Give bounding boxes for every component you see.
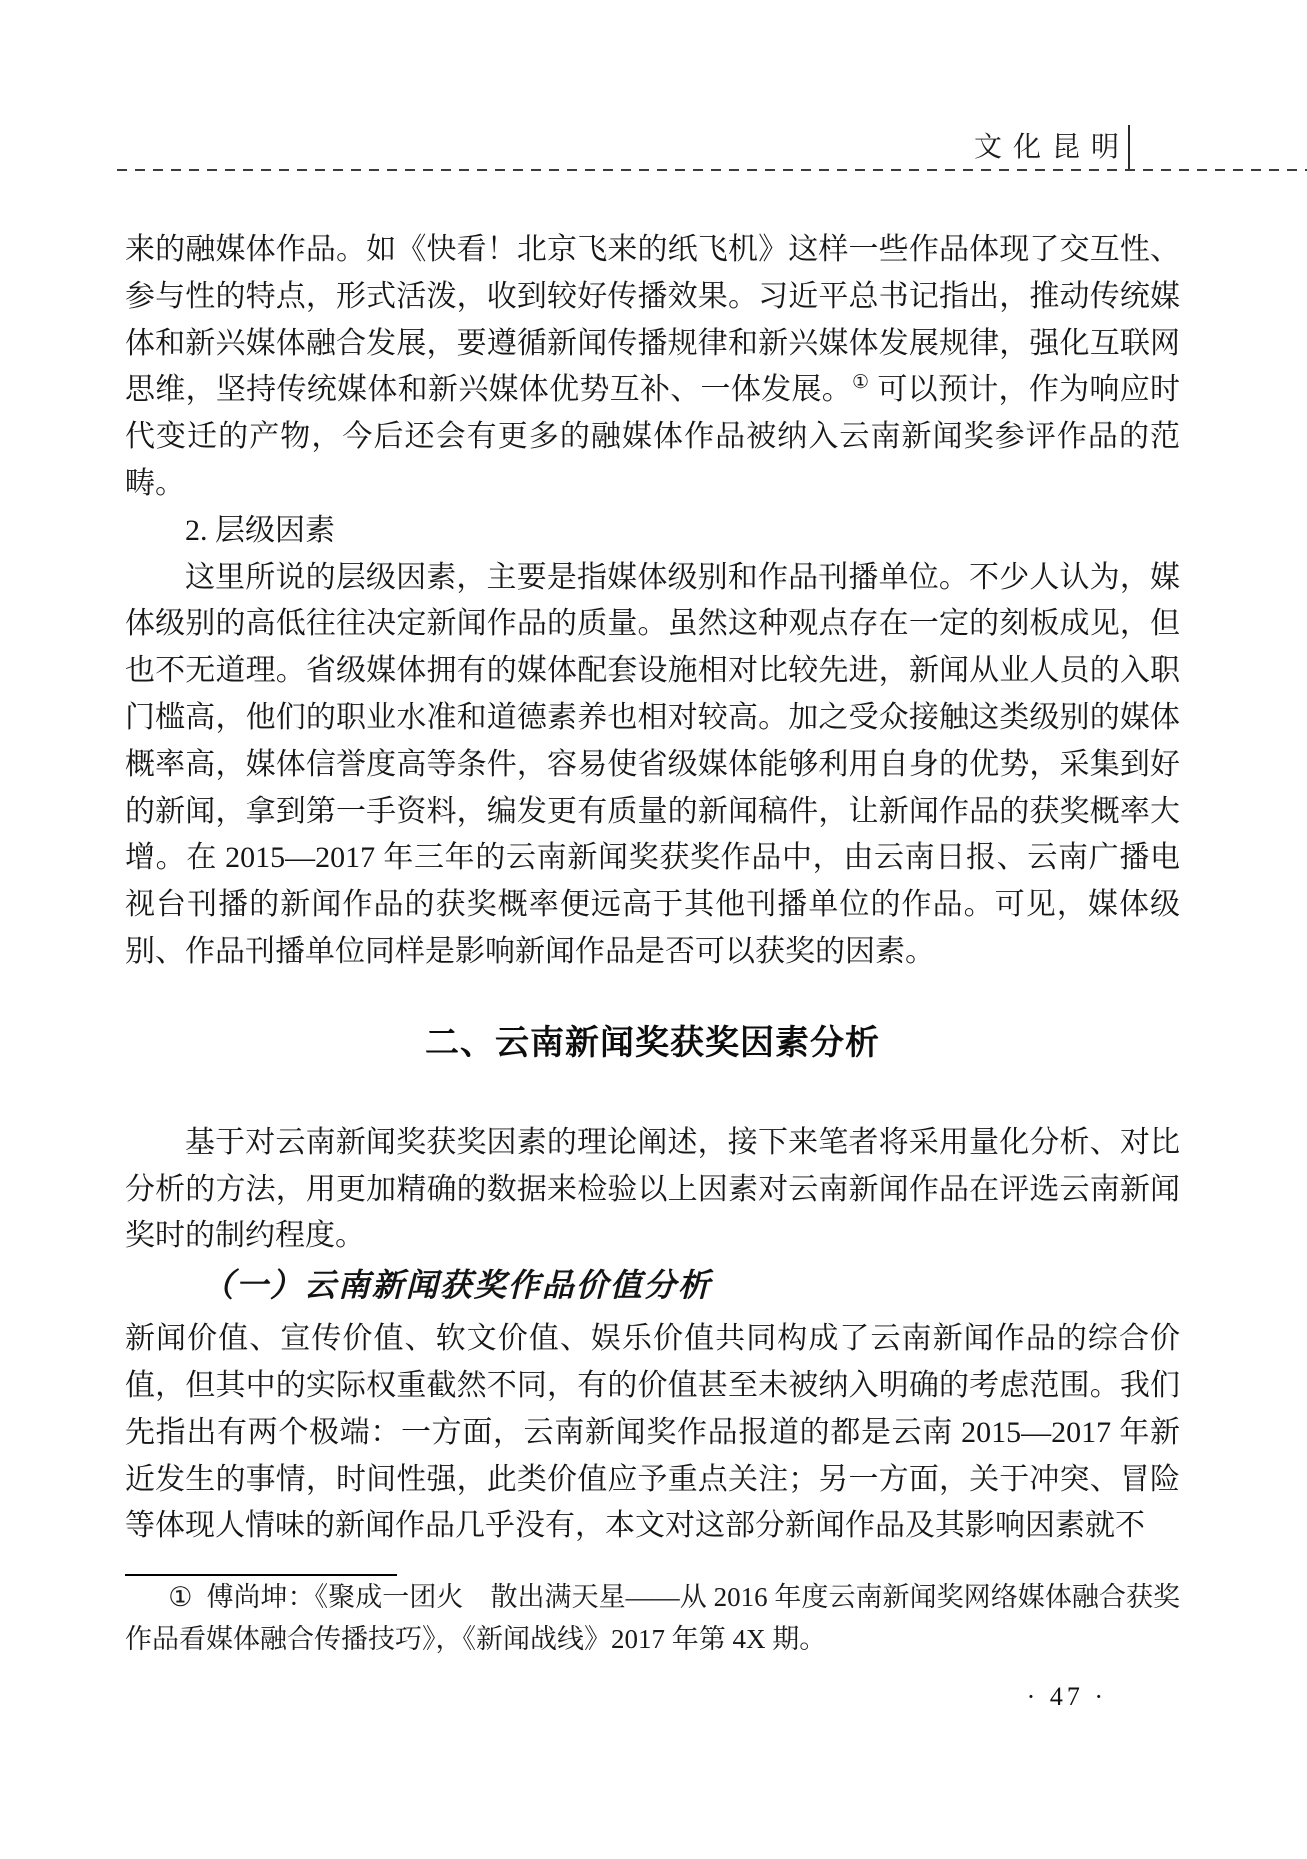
header-dashed-rule bbox=[117, 169, 1307, 171]
paragraph: 新闻价值、宣传价值、软文价值、娱乐价值共同构成了云南新闻作品的综合价值，但其中的… bbox=[125, 1316, 1180, 1550]
paragraph: 基于对云南新闻奖获奖因素的理论阐述，接下来笔者将采用量化分析、对比分析的方法，用… bbox=[125, 1120, 1180, 1260]
paragraph-continuation: 来的融媒体作品。如《快看！北京飞来的纸飞机》这样一些作品体现了交互性、参与性的特… bbox=[125, 227, 1180, 508]
document-page: 文化昆明 来的融媒体作品。如《快看！北京飞来的纸飞机》这样一些作品体现了交互性、… bbox=[0, 0, 1307, 1859]
footnote-mark: ① bbox=[168, 1582, 192, 1612]
paragraph: 这里所说的层级因素，主要是指媒体级别和作品刊播单位。不少人认为，媒体级别的高低往… bbox=[125, 555, 1180, 976]
footnote-text: 傅尚坤：《聚成一团火 散出满天星——从 2016 年度云南新闻奖网络媒体融合获奖… bbox=[125, 1582, 1180, 1654]
page-number: · 47 · bbox=[1027, 1682, 1107, 1712]
text-column: 来的融媒体作品。如《快看！北京飞来的纸飞机》这样一些作品体现了交互性、参与性的特… bbox=[125, 227, 1180, 1660]
footnote: ①傅尚坤：《聚成一团火 散出满天星——从 2016 年度云南新闻奖网络媒体融合获… bbox=[125, 1576, 1180, 1660]
footnote-reference-mark: ① bbox=[852, 372, 869, 393]
running-head-divider-bar bbox=[1128, 125, 1130, 171]
subsection-heading: （一）云南新闻获奖作品价值分析 bbox=[125, 1261, 1180, 1309]
section-heading: 二、云南新闻奖获奖因素分析 bbox=[125, 1018, 1180, 1068]
running-head-title: 文化昆明 bbox=[974, 125, 1130, 171]
running-head: 文化昆明 bbox=[974, 124, 1130, 172]
numbered-list-heading: 2. 层级因素 bbox=[125, 508, 1180, 555]
